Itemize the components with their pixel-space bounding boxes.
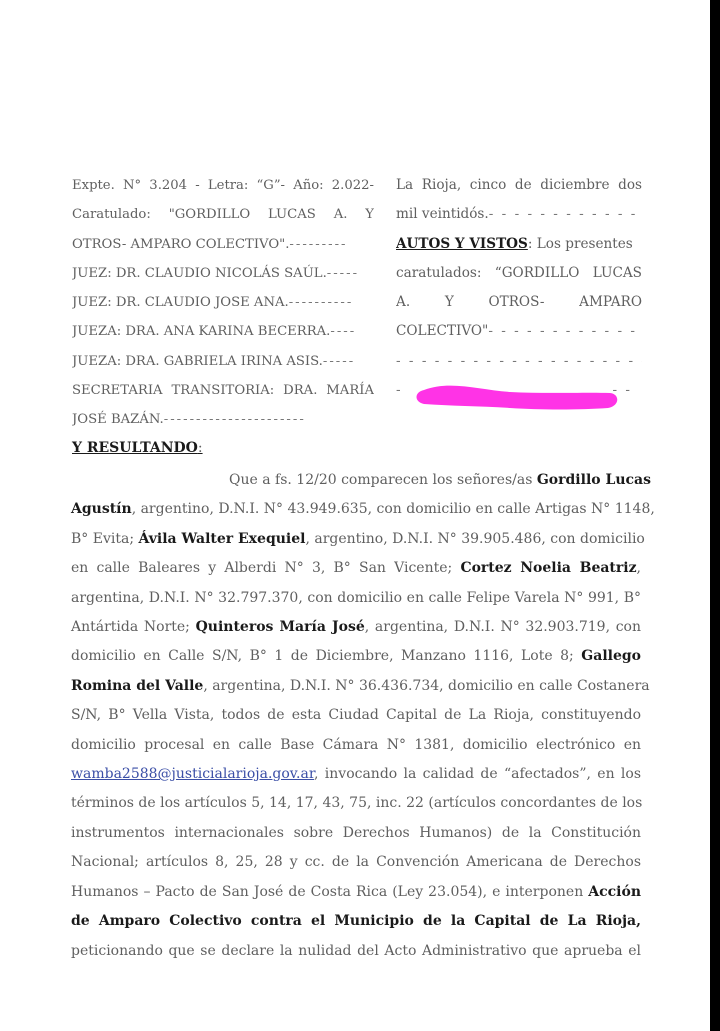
dash-filler: ---- — [330, 324, 356, 339]
dash-filler: ---------- — [289, 295, 354, 310]
party-name: Romina del Valle — [71, 678, 203, 694]
body-line: peticionando que se declare la nulidad d… — [71, 937, 641, 966]
caratulado-line-1: Caratulado: "GORDILLO LUCAS A. Y — [72, 200, 374, 229]
body-line: en calle Baleares y Alberdi N° 3, B° San… — [71, 554, 641, 583]
body-line: S/N, B° Vella Vista, todos de esta Ciuda… — [71, 701, 641, 730]
autos-y-vistos: AUTOS Y VISTOS: Los presentes — [396, 230, 642, 259]
dash-filler: ----- — [327, 266, 359, 281]
party-name: Agustín — [71, 501, 132, 517]
action-title: Acción — [588, 884, 641, 900]
body-line: Romina del Valle, argentina, D.N.I. N° 3… — [71, 672, 641, 701]
dash-filler: --------- — [289, 237, 347, 252]
body-line: instrumentos internacionales sobre Derec… — [71, 819, 641, 848]
dash-line: - - - - - - - - - - - - - - - - - - - - … — [396, 347, 642, 376]
date-line-2: mil veintidós.- - - - - - - - - - - - — [396, 200, 642, 229]
judge-4: JUEZA: DRA. GABRIELA IRINA ASIS.----- — [72, 347, 374, 376]
body-line: wamba2588@justicialarioja.gov.ar, invoca… — [71, 760, 641, 789]
body-line: Agustín, argentino, D.N.I. N° 43.949.635… — [71, 495, 641, 524]
party-name: Gordillo Lucas — [537, 472, 651, 488]
body-line: Que a fs. 12/20 comparecen los señores/a… — [71, 466, 641, 495]
party-name: Cortez Noelia Beatriz — [460, 560, 636, 576]
action-title: de Amparo Colectivo contra el Municipio … — [71, 913, 641, 929]
screen-edge — [710, 0, 720, 1031]
party-name: Quinteros María José — [196, 619, 365, 635]
autos-line-4: COLECTIVO"- - - - - - - - - - - - - - - — [396, 317, 642, 346]
dash-filler: - - - - - - - - - - - - - - - — [488, 323, 642, 339]
judge-2: JUEZ: DR. CLAUDIO JOSE ANA.---------- — [72, 288, 374, 317]
body-line: términos de los artículos 5, 14, 17, 43,… — [71, 789, 641, 818]
body-paragraph: Que a fs. 12/20 comparecen los señores/a… — [71, 466, 641, 966]
expediente-number: Expte. N° 3.204 - Letra: “G”- Año: 2.022… — [72, 171, 374, 200]
body-line: domicilio en Calle S/N, B° 1 de Diciembr… — [71, 642, 641, 671]
body-line: Humanos – Pacto de San José de Costa Ric… — [71, 878, 641, 907]
case-header-right: La Rioja, cinco de diciembre dos mil vei… — [396, 171, 642, 405]
secretary-line-1: SECRETARIA TRANSITORIA: DRA. MARÍA — [72, 376, 374, 405]
dash-filler: ----- — [323, 354, 355, 369]
body-line: Antártida Norte; Quinteros María José, a… — [71, 613, 641, 642]
party-name: Gallego — [581, 648, 641, 664]
redaction-mark — [410, 376, 624, 416]
party-name: Ávila Walter Exequiel — [138, 531, 305, 547]
date-line-1: La Rioja, cinco de diciembre dos — [396, 171, 642, 200]
document-page: Expte. N° 3.204 - Letra: “G”- Año: 2.022… — [0, 0, 710, 1031]
body-line: argentina, D.N.I. N° 32.797.370, con dom… — [71, 584, 641, 613]
case-header-left: Expte. N° 3.204 - Letra: “G”- Año: 2.022… — [72, 171, 374, 435]
autos-y-vistos-label: AUTOS Y VISTOS — [396, 236, 528, 252]
body-line: domicilio procesal en calle Base Cámara … — [71, 731, 641, 760]
email-link[interactable]: wamba2588@justicialarioja.gov.ar — [71, 766, 314, 782]
caratulado-line-2: OTROS- AMPARO COLECTIVO".--------- — [72, 230, 374, 259]
section-heading: Y RESULTANDO: — [72, 440, 203, 456]
autos-line-3: A. Y OTROS- AMPARO — [396, 288, 642, 317]
autos-line-2: caratulados: “GORDILLO LUCAS — [396, 259, 642, 288]
body-line: de Amparo Colectivo contra el Municipio … — [71, 907, 641, 936]
judge-3: JUEZA: DRA. ANA KARINA BECERRA.---- — [72, 317, 374, 346]
body-line: Nacional; artículos 8, 25, 28 y cc. de l… — [71, 848, 641, 877]
dash-filler: - - - - - - - - - - - - — [489, 206, 638, 222]
body-line: B° Evita; Ávila Walter Exequiel, argenti… — [71, 525, 641, 554]
judge-1: JUEZ: DR. CLAUDIO NICOLÁS SAÚL.----- — [72, 259, 374, 288]
secretary-line-2: JOSÉ BAZÁN.---------------------- — [72, 405, 374, 434]
dash-filler: ---------------------- — [164, 412, 306, 427]
